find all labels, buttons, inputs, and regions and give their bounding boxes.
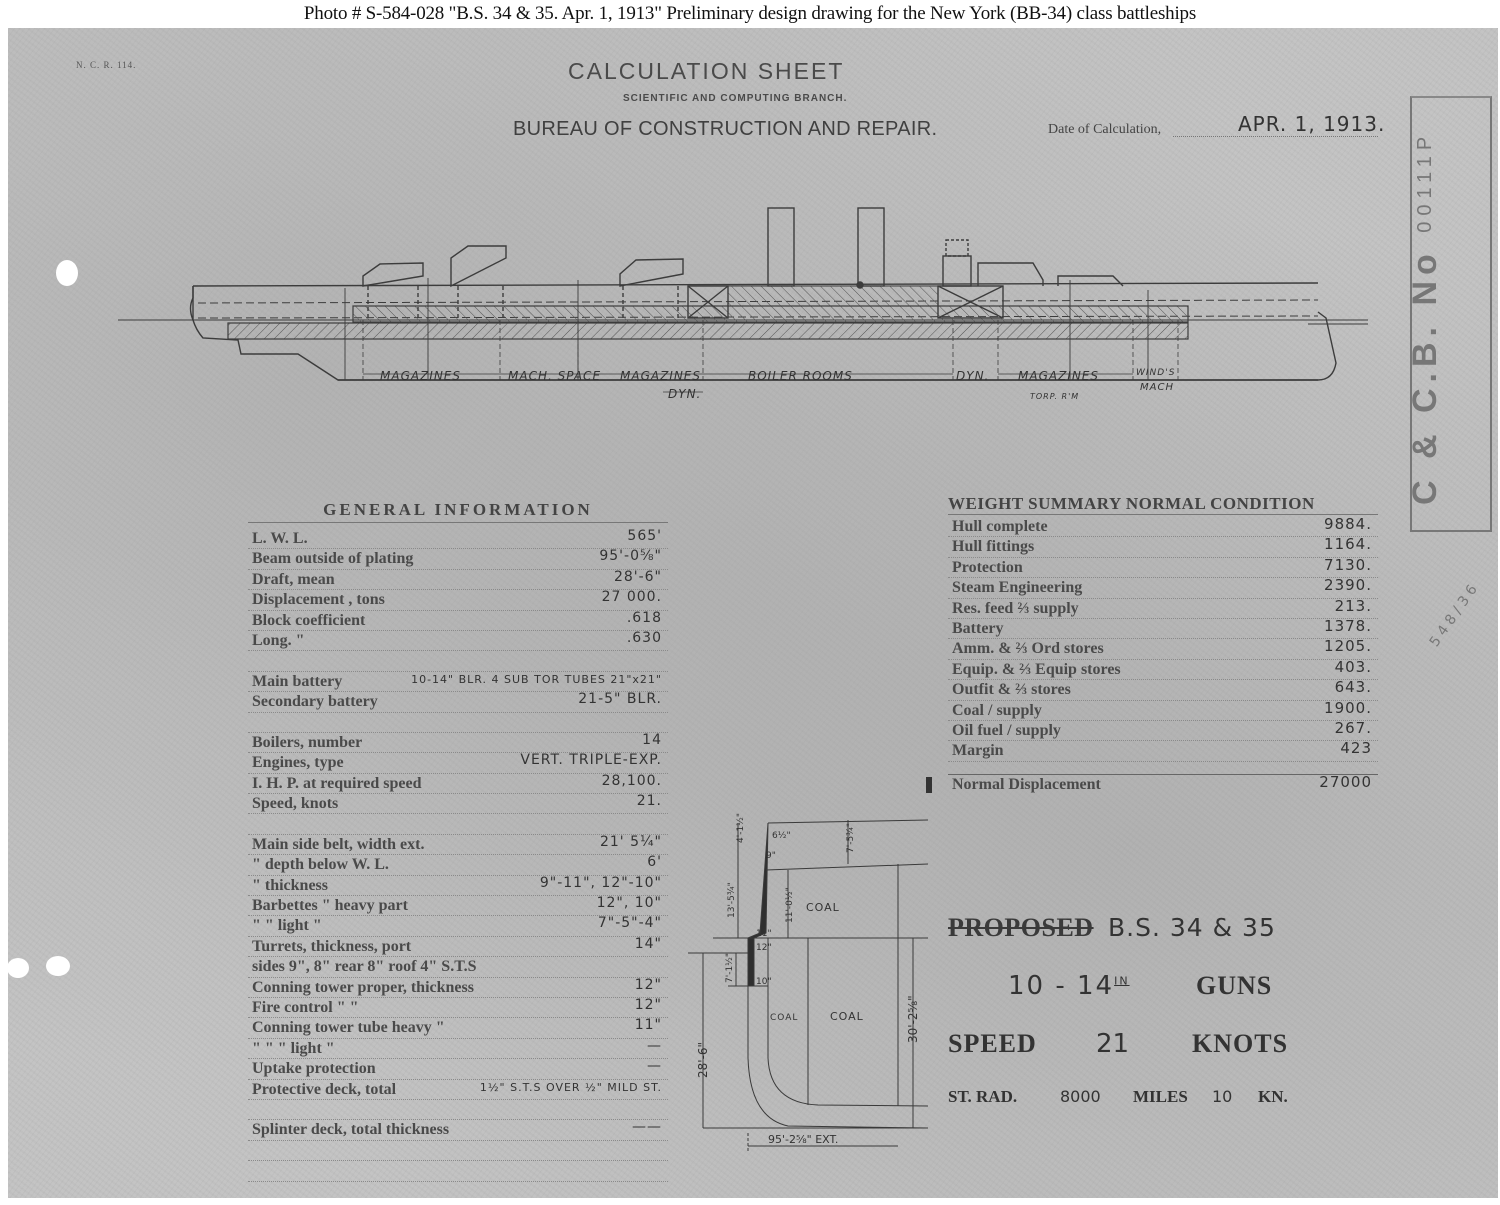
table-row	[248, 1161, 668, 1181]
sheet-subtitle: SCIENTIFIC AND COMPUTING BRANCH.	[623, 93, 847, 104]
form-number: N. C. R. 114.	[76, 60, 136, 70]
row-label: Boilers, number	[252, 733, 362, 752]
table-row: Engines, typeVERT. TRIPLE-EXP.	[248, 753, 668, 773]
row-label: Margin	[952, 741, 1004, 760]
dim-label: 11'-0½"	[785, 887, 795, 923]
row-value: .630	[627, 629, 662, 648]
stamp-text: C & C.B. No	[1406, 248, 1444, 505]
general-information-title: GENERAL INFORMATION	[248, 500, 668, 523]
row-value: 10-14" BLR. 4 SUB TOR TUBES 21"x21"	[411, 670, 662, 689]
table-row: Hull complete9884.	[948, 517, 1378, 537]
calculation-sheet: N. C. R. 114. CALCULATION SHEET SCIENTIF…	[8, 28, 1498, 1198]
compartment-label: DYN.	[956, 369, 989, 383]
dim-label: 95'-2⅝" EXT.	[768, 1133, 838, 1146]
summary-guns-line: 10 - 14IN GUNS	[948, 971, 1348, 1029]
row-label: Amm. & ⅔ Ord stores	[952, 639, 1104, 658]
compartment-label: MACH. SPACE	[508, 369, 601, 383]
dim-label: 13'-5¾"	[727, 882, 737, 918]
row-label: Fire control " "	[252, 998, 358, 1017]
row-value: 12"	[635, 976, 662, 995]
table-row: Beam outside of plating95'-0⅝"	[248, 549, 668, 569]
row-value: —	[647, 1037, 662, 1056]
row-value: VERT. TRIPLE-EXP.	[520, 751, 662, 770]
row-label: " " " light "	[252, 1039, 335, 1058]
row-value: 267.	[1335, 719, 1372, 738]
table-row: Uptake protection—	[248, 1059, 668, 1079]
row-label: Protection	[952, 558, 1023, 577]
ship-designation: B.S. 34 & 35	[1108, 913, 1276, 942]
table-row: " " light "7"-5"-4"	[248, 916, 668, 936]
total-label: Normal Displacement	[952, 775, 1101, 794]
row-label: Steam Engineering	[952, 578, 1082, 597]
coal-label: COAL	[770, 1013, 798, 1023]
weight-summary-table: WEIGHT SUMMARY NORMAL CONDITION Hull com…	[948, 494, 1378, 794]
summary-radius-line: ST. RAD. 8000 MILES 10 KN.	[948, 1087, 1348, 1145]
row-value: —	[647, 1057, 662, 1076]
row-value: 7"-5"-4"	[598, 914, 662, 933]
row-label: Hull fittings	[952, 537, 1034, 556]
row-label: L. W. L.	[252, 529, 308, 548]
bureau-name: BUREAU OF CONSTRUCTION AND REPAIR.	[513, 118, 937, 141]
date-line	[1173, 136, 1378, 137]
photo-caption: Photo # S-584-028 "B.S. 34 & 35. Apr. 1,…	[0, 0, 1500, 30]
table-row	[248, 1100, 668, 1120]
dim-label: 10"	[756, 977, 772, 987]
file-stamp: C & C.B. No 00111P	[1406, 118, 1496, 518]
row-label: Draft, mean	[252, 570, 335, 589]
table-row	[248, 1141, 668, 1161]
row-label: Speed, knots	[252, 794, 338, 813]
guns-label: GUNS	[1196, 971, 1272, 1001]
radius-label: ST. RAD.	[948, 1087, 1017, 1107]
table-row	[248, 651, 668, 671]
row-label: Battery	[952, 619, 1004, 638]
dim-label: 9"	[766, 851, 776, 861]
total-marker	[926, 777, 932, 793]
dim-label: 7'-5¾"	[846, 823, 856, 853]
kn-label: KN.	[1258, 1087, 1288, 1107]
row-label: Conning tower proper, thickness	[252, 978, 474, 997]
table-row	[248, 713, 668, 733]
row-value: 1378.	[1324, 617, 1372, 636]
row-value: 12", 10"	[597, 894, 662, 913]
compartment-label: MAGAZINES	[1018, 369, 1099, 383]
row-label: Barbettes " heavy part	[252, 896, 408, 915]
speed-value: 21	[1096, 1029, 1129, 1059]
table-row: " " " light "—	[248, 1039, 668, 1059]
dim-label: 11"	[756, 929, 772, 939]
pencil-note: 5 4 8 / 3 6	[1427, 582, 1481, 650]
radius-value: 8000	[1060, 1087, 1101, 1106]
table-row: Block coefficient.618	[248, 611, 668, 631]
row-label: Res. feed ⅔ supply	[952, 599, 1079, 618]
table-row	[248, 814, 668, 834]
row-value: 2390.	[1324, 576, 1372, 595]
row-value: 643.	[1335, 678, 1372, 697]
dim-label: 6½"	[772, 831, 791, 841]
row-label: Conning tower tube heavy "	[252, 1018, 445, 1037]
table-row: sides 9", 8" rear 8" roof 4" S.T.S	[248, 957, 668, 977]
table-row: Coal / supply1900.	[948, 701, 1378, 721]
row-value: 9"-11", 12"-10"	[540, 874, 662, 893]
row-label: " thickness	[252, 876, 328, 895]
row-value: ——	[632, 1118, 662, 1137]
date-label: Date of Calculation,	[1048, 122, 1161, 138]
weight-summary-rows: Hull complete9884.Hull fittings1164.Prot…	[948, 517, 1378, 762]
row-value: 21.	[637, 792, 662, 811]
row-value: 213.	[1335, 597, 1372, 616]
general-information-rows: L. W. L.565'Beam outside of plating95'-0…	[248, 529, 668, 1182]
row-value: 6'	[647, 853, 662, 872]
punch-hole-left	[46, 956, 70, 976]
miles-label: MILES	[1133, 1087, 1188, 1107]
row-label: Engines, type	[252, 753, 344, 772]
row-value: 1205.	[1324, 637, 1372, 656]
row-value: 12"	[635, 996, 662, 1015]
row-value: 27 000.	[602, 588, 662, 607]
table-row: Oil fuel / supply267.	[948, 721, 1378, 741]
weight-summary-title: WEIGHT SUMMARY NORMAL CONDITION	[948, 494, 1378, 515]
row-value: 14	[642, 731, 662, 750]
total-value: 27000	[1319, 773, 1372, 792]
table-row: Battery1378.	[948, 619, 1378, 639]
speed-label: SPEED	[948, 1029, 1037, 1059]
row-label: Long. "	[252, 631, 304, 650]
row-label: " " light "	[252, 916, 322, 935]
row-value: 21' 5¼"	[600, 833, 662, 852]
stamp-number: 00111P	[1414, 131, 1436, 233]
coal-label: COAL	[830, 1010, 864, 1023]
table-row: Speed, knots21.	[248, 794, 668, 814]
design-summary: PROPOSED B.S. 34 & 35 10 - 14IN GUNS SPE…	[948, 913, 1348, 1145]
dim-label: 30'-2⅝"	[906, 995, 920, 1043]
row-label: Turrets, thickness, port	[252, 937, 411, 956]
table-row: " thickness9"-11", 12"-10"	[248, 876, 668, 896]
table-row: Barbettes " heavy part12", 10"	[248, 896, 668, 916]
compartment-label: MACH	[1140, 382, 1174, 393]
sheet-title: CALCULATION SHEET	[568, 58, 844, 85]
summary-speed-line: SPEED 21 KNOTS	[948, 1029, 1348, 1087]
row-label: Outfit & ⅔ stores	[952, 680, 1071, 699]
row-label: Hull complete	[952, 517, 1048, 536]
row-label: Main side belt, width ext.	[252, 835, 424, 854]
knots-label: KNOTS	[1192, 1029, 1288, 1059]
table-row: Displacement , tons27 000.	[248, 590, 668, 610]
row-value: 403.	[1335, 658, 1372, 677]
punch-hole-top	[56, 260, 78, 286]
row-value: 28,100.	[602, 772, 662, 791]
general-information-table: GENERAL INFORMATION L. W. L.565'Beam out…	[248, 500, 668, 1182]
ship-profile-svg: MAGAZINES MACH. SPACE MAGAZINES DYN. BOI…	[108, 168, 1388, 418]
table-row: Steam Engineering2390.	[948, 578, 1378, 598]
table-row: Hull fittings1164.	[948, 537, 1378, 557]
table-row: Conning tower tube heavy "11"	[248, 1018, 668, 1038]
midship-section-drawing: 4'-1½" 6½" 9" 7'-5¾" 11'-0½" 13'-5¾" 11"…	[688, 808, 928, 1158]
weight-summary-total-row: Normal Displacement 27000	[948, 775, 1378, 794]
table-row: Secondary battery21-5" BLR.	[248, 692, 668, 712]
table-row: L. W. L.565'	[248, 529, 668, 549]
row-value: 7130.	[1324, 556, 1372, 575]
row-label: Oil fuel / supply	[952, 721, 1061, 740]
radius-speed: 10	[1212, 1087, 1232, 1106]
table-row: Fire control " "12"	[248, 998, 668, 1018]
row-value: 95'-0⅝"	[599, 547, 662, 566]
guns-count-value: 10 - 14	[1008, 971, 1114, 1001]
table-row: Main side belt, width ext.21' 5¼"	[248, 835, 668, 855]
row-label: Main battery	[252, 672, 342, 691]
table-row: Amm. & ⅔ Ord stores1205.	[948, 639, 1378, 659]
row-label: Protective deck, total	[252, 1080, 396, 1099]
guns-unit: IN	[1114, 974, 1129, 987]
row-value: 14"	[635, 935, 662, 954]
row-label: Splinter deck, total thickness	[252, 1120, 449, 1139]
table-row: Splinter deck, total thickness——	[248, 1120, 668, 1140]
table-row: Margin423	[948, 741, 1378, 761]
dim-label: 7'-1½"	[725, 953, 735, 983]
row-label: sides 9", 8" rear 8" roof 4" S.T.S	[252, 957, 477, 976]
row-label: Secondary battery	[252, 692, 378, 711]
compartment-label: MAGAZINES	[380, 369, 461, 383]
compartment-label: BOILER ROOMS	[748, 369, 853, 383]
row-label: " depth below W. L.	[252, 855, 389, 874]
row-value: 1164.	[1324, 535, 1372, 554]
table-row: Main battery10-14" BLR. 4 SUB TOR TUBES …	[248, 672, 668, 692]
summary-title-line: PROPOSED B.S. 34 & 35	[948, 913, 1348, 971]
row-value: 28'-6"	[614, 568, 662, 587]
row-label: Coal / supply	[952, 701, 1042, 720]
table-row: Long. ".630	[248, 631, 668, 651]
row-label: Beam outside of plating	[252, 549, 413, 568]
row-label: Block coefficient	[252, 611, 365, 630]
table-row: Res. feed ⅔ supply213.	[948, 599, 1378, 619]
row-label: Displacement , tons	[252, 590, 385, 609]
dim-label: 12"	[756, 943, 772, 953]
compartment-label: MAGAZINES	[620, 369, 701, 383]
midship-section-svg: 4'-1½" 6½" 9" 7'-5¾" 11'-0½" 13'-5¾" 11"…	[688, 808, 928, 1158]
table-row: Protective deck, total1½" S.T.S OVER ½" …	[248, 1080, 668, 1100]
row-value: 1900.	[1324, 699, 1372, 718]
row-label: I. H. P. at required speed	[252, 774, 422, 793]
guns-count: 10 - 14IN	[1008, 971, 1130, 1001]
punch-hole-bottom	[7, 958, 29, 978]
table-row: Equip. & ⅔ Equip stores403.	[948, 660, 1378, 680]
row-value: 11"	[635, 1016, 662, 1035]
date-value: APR. 1, 1913.	[1238, 112, 1385, 136]
dim-label: 4'-1½"	[736, 813, 746, 843]
table-row: Turrets, thickness, port14"	[248, 937, 668, 957]
row-value: .618	[627, 609, 662, 628]
row-value: 9884.	[1324, 515, 1372, 534]
dim-label: 28'-6"	[696, 1042, 710, 1078]
row-value: 21-5" BLR.	[578, 690, 662, 709]
table-row: I. H. P. at required speed28,100.	[248, 774, 668, 794]
row-label: Equip. & ⅔ Equip stores	[952, 660, 1121, 679]
table-row: Protection7130.	[948, 558, 1378, 578]
table-row: " depth below W. L.6'	[248, 855, 668, 875]
table-row: Outfit & ⅔ stores643.	[948, 680, 1378, 700]
table-row: Draft, mean28'-6"	[248, 570, 668, 590]
table-row: Boilers, number14	[248, 733, 668, 753]
compartment-label: DYN.	[668, 387, 701, 401]
proposed-struck-label: PROPOSED	[948, 913, 1094, 943]
ship-profile-drawing: MAGAZINES MACH. SPACE MAGAZINES DYN. BOI…	[108, 168, 1388, 418]
row-value: 423	[1340, 739, 1372, 758]
coal-label: COAL	[806, 901, 840, 914]
row-value: 565'	[627, 527, 662, 546]
compartment-label: WIND'S	[1136, 368, 1175, 378]
compartment-label: TORP. R'M	[1030, 392, 1079, 401]
row-label: Uptake protection	[252, 1059, 376, 1078]
row-value: 1½" S.T.S OVER ½" MILD ST.	[480, 1078, 662, 1097]
table-row: Conning tower proper, thickness12"	[248, 978, 668, 998]
